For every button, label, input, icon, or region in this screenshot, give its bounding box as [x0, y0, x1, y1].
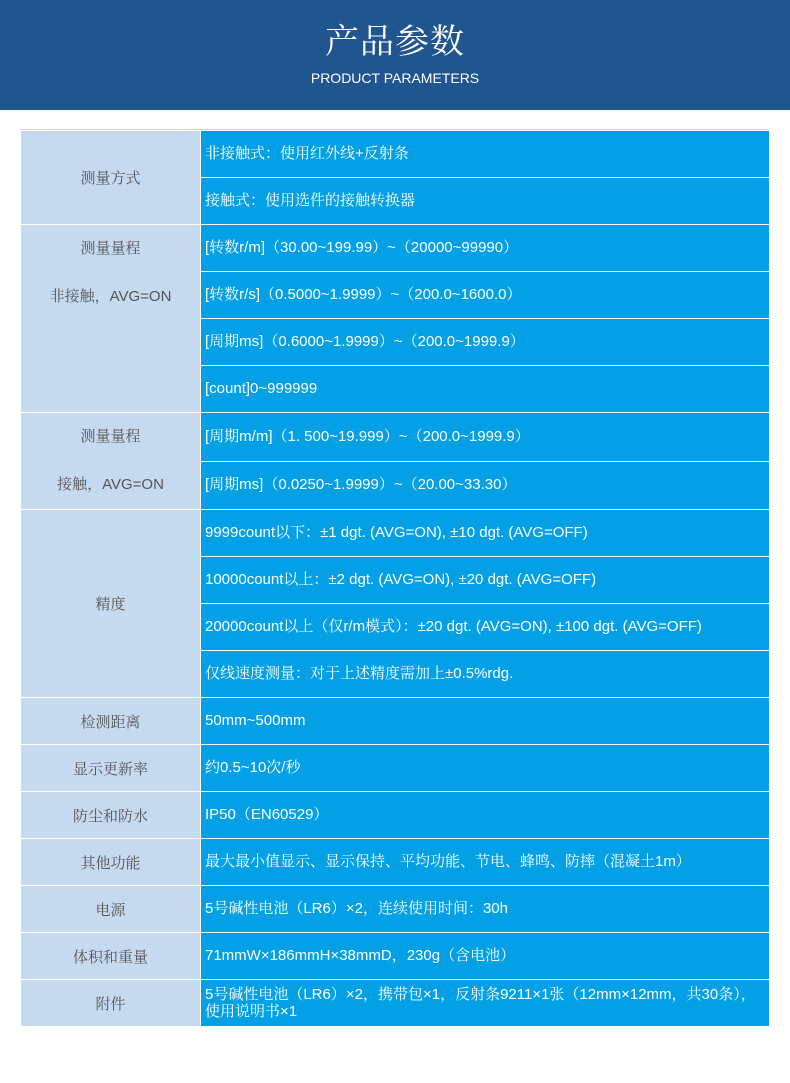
- table-row: 测量量程 接触，AVG=ON [周期m/m]（1. 500~19.999）~（2…: [21, 413, 770, 462]
- param-value: 10000count以上：±2 dgt. (AVG=ON), ±20 dgt. …: [201, 557, 770, 604]
- param-value: 接触式：使用选件的接触转换器: [201, 178, 770, 225]
- label-line: 测量量程: [21, 413, 200, 461]
- table-row: 附件 5号碱性电池（LR6）×2，携带包×1，反射条9211×1张（12mm×1…: [21, 980, 770, 1027]
- param-value: 非接触式：使用红外线+反射条: [201, 131, 770, 178]
- param-value: [转数r/m]（30.00~199.99）~（20000~99990）: [201, 225, 770, 272]
- param-label-measure-method: 测量方式: [21, 131, 201, 225]
- table-row: 体积和重量 71mmW×186mmH×38mmD，230g（含电池）: [21, 933, 770, 980]
- param-value: 约0.5~10次/秒: [201, 745, 770, 792]
- param-value: 20000count以上（仅r/m模式）：±20 dgt. (AVG=ON), …: [201, 604, 770, 651]
- param-value: 5号碱性电池（LR6）×2，连续使用时间：30h: [201, 886, 770, 933]
- param-value: [周期ms]（0.0250~1.9999）~（20.00~33.30）: [201, 461, 770, 510]
- table-row: 精度 9999count以下：±1 dgt. (AVG=ON), ±10 dgt…: [21, 510, 770, 557]
- page-subtitle: PRODUCT PARAMETERS: [0, 70, 790, 86]
- param-label-detect-distance: 检测距离: [21, 698, 201, 745]
- table-row: 测量方式 非接触式：使用红外线+反射条: [21, 131, 770, 178]
- param-value: 50mm~500mm: [201, 698, 770, 745]
- param-label-range-noncontact: 测量量程 非接触，AVG=ON: [21, 225, 201, 413]
- header-banner: 产品参数 PRODUCT PARAMETERS: [0, 0, 790, 110]
- table-row: 显示更新率 约0.5~10次/秒: [21, 745, 770, 792]
- param-label-accuracy: 精度: [21, 510, 201, 698]
- param-value: 最大最小值显示、显示保持、平均功能、节电、蜂鸣、防摔（混凝土1m）: [201, 839, 770, 886]
- param-label-accessories: 附件: [21, 980, 201, 1027]
- param-value: [周期ms]（0.6000~1.9999）~（200.0~1999.9）: [201, 319, 770, 366]
- table-row: 防尘和防水 IP50（EN60529）: [21, 792, 770, 839]
- label-line: 非接触，AVG=ON: [21, 273, 200, 321]
- table-row: 测量量程 非接触，AVG=ON [转数r/m]（30.00~199.99）~（2…: [21, 225, 770, 272]
- param-label-ip-rating: 防尘和防水: [21, 792, 201, 839]
- param-value: [周期m/m]（1. 500~19.999）~（200.0~1999.9）: [201, 413, 770, 462]
- param-label-range-contact: 测量量程 接触，AVG=ON: [21, 413, 201, 510]
- param-value: [count]0~999999: [201, 366, 770, 413]
- param-label-refresh-rate: 显示更新率: [21, 745, 201, 792]
- label-line: 测量量程: [21, 225, 200, 273]
- param-value: IP50（EN60529）: [201, 792, 770, 839]
- param-value: 5号碱性电池（LR6）×2，携带包×1，反射条9211×1张（12mm×12mm…: [201, 980, 770, 1027]
- param-value: 9999count以下：±1 dgt. (AVG=ON), ±10 dgt. (…: [201, 510, 770, 557]
- param-label-power: 电源: [21, 886, 201, 933]
- param-value: [转数r/s]（0.5000~1.9999）~（200.0~1600.0）: [201, 272, 770, 319]
- param-label-size-weight: 体积和重量: [21, 933, 201, 980]
- table-row: 检测距离 50mm~500mm: [21, 698, 770, 745]
- label-line: 接触，AVG=ON: [21, 461, 200, 509]
- table-row: 其他功能 最大最小值显示、显示保持、平均功能、节电、蜂鸣、防摔（混凝土1m）: [21, 839, 770, 886]
- param-label-other-functions: 其他功能: [21, 839, 201, 886]
- param-value: 71mmW×186mmH×38mmD，230g（含电池）: [201, 933, 770, 980]
- param-value: 仅线速度测量：对于上述精度需加上±0.5%rdg.: [201, 651, 770, 698]
- table-row: 电源 5号碱性电池（LR6）×2，连续使用时间：30h: [21, 886, 770, 933]
- parameters-table: 测量方式 非接触式：使用红外线+反射条 接触式：使用选件的接触转换器 测量量程 …: [20, 130, 770, 1027]
- page-title: 产品参数: [0, 22, 790, 62]
